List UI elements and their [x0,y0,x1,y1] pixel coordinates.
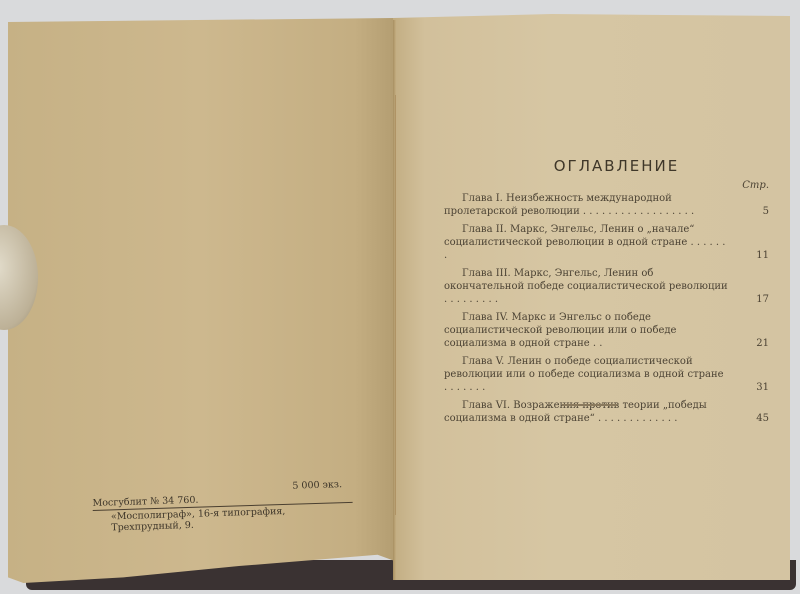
toc-entry-page: 45 [739,412,769,425]
toc-title: ОГЛАВЛЕНИЕ [464,160,769,173]
table-of-contents: ОГЛАВЛЕНИЕ Стр. Глава I. Неизбежность ме… [444,160,769,430]
toc-entry-page: 17 [739,293,769,306]
toc-entry-text: Глава II. Маркс, Энгельс, Ленин о „начал… [444,223,729,262]
toc-entry-text: Глава I. Неизбежность международной прол… [444,192,729,218]
toc-entry-page: 5 [739,205,769,218]
toc-entry-text: Глава VI. Возражения против теории „побе… [444,399,729,425]
toc-entry-page: 31 [739,381,769,394]
page-fold [395,95,396,515]
toc-page-header: Стр. [444,179,769,192]
toc-entry: Глава III. Маркс, Энгельс, Ленин об окон… [444,267,769,306]
toc-entry-text: Глава III. Маркс, Энгельс, Ленин об окон… [444,267,729,306]
toc-entry-page: 11 [739,249,769,262]
toc-entry: Глава I. Неизбежность международной прол… [444,192,769,218]
toc-entry: Глава IV. Маркс и Энгельс о победе социа… [444,311,769,350]
toc-entry-text: Глава V. Ленин о победе социалистической… [444,355,729,394]
toc-entry-text: Глава IV. Маркс и Энгельс о победе социа… [444,311,729,350]
toc-entry: Глава V. Ленин о победе социалистической… [444,355,769,394]
toc-entry: Глава II. Маркс, Энгельс, Ленин о „начал… [444,223,769,262]
imprint: 5 000 экз. Мосгублит № 34 760. «Мосполиг… [92,479,353,534]
toc-entry: Глава VI. Возражения против теории „побе… [444,399,769,425]
divider-rule [562,404,617,406]
toc-entry-page: 21 [739,337,769,350]
